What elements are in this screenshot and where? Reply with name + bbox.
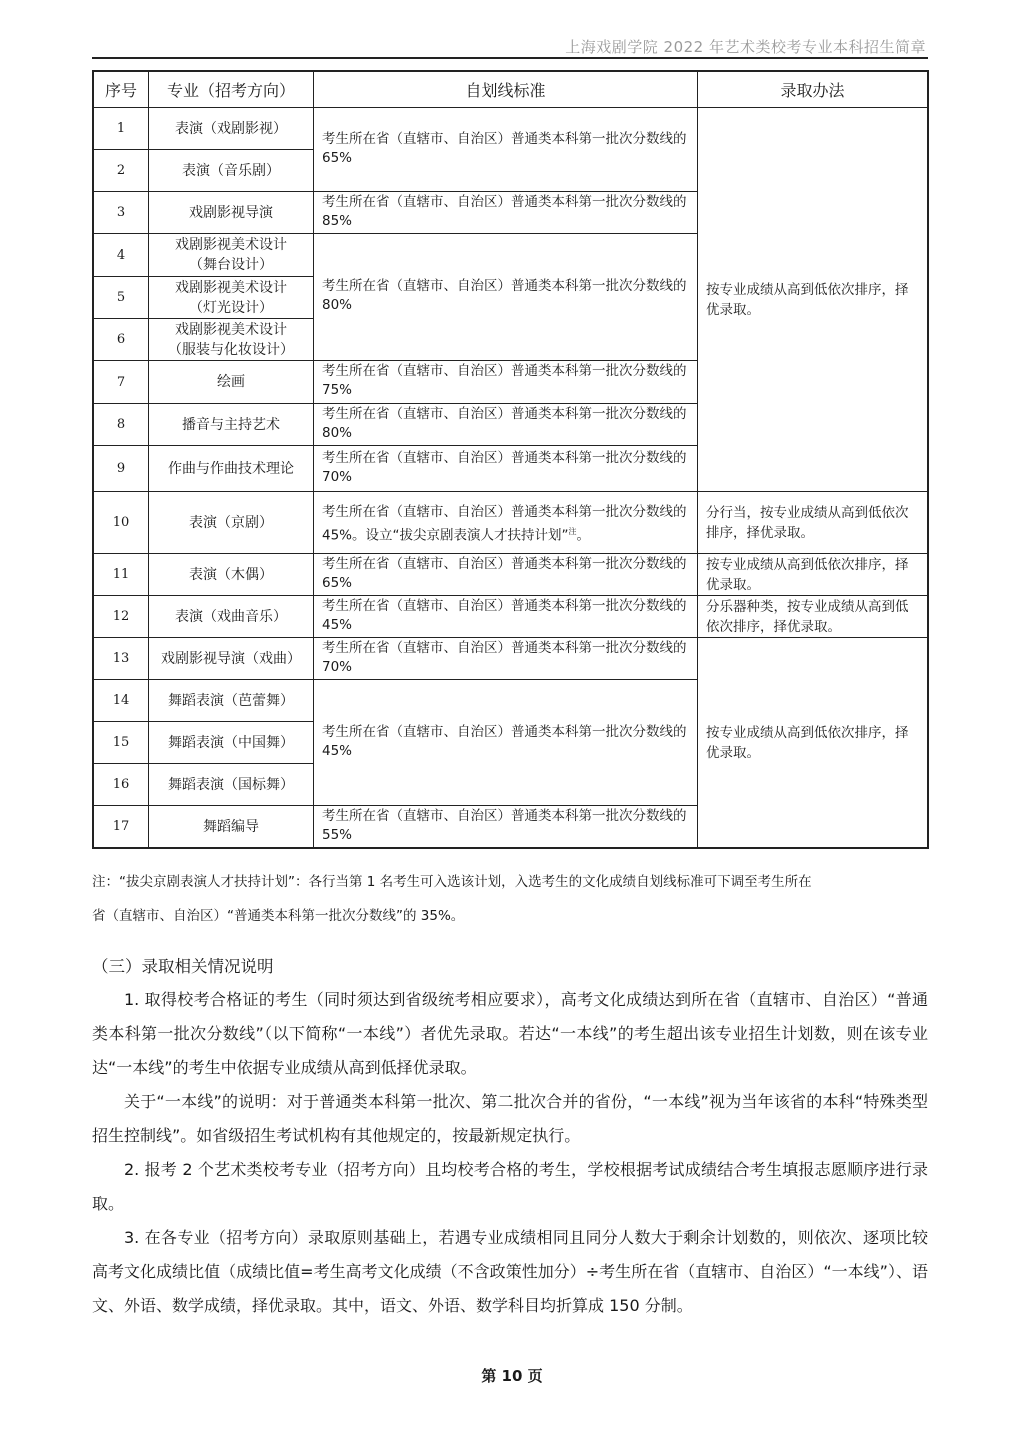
row-no: 4	[92, 233, 149, 277]
row-major: 播音与主持艺术	[148, 403, 314, 446]
row-no: 8	[92, 403, 149, 446]
header-divider	[92, 57, 928, 59]
row-standard: 考生所在省（直辖市、自治区）普通类本科第一批次分数线的 55%	[313, 805, 698, 849]
row-major: 表演（木偶）	[148, 553, 314, 596]
row-no: 2	[92, 149, 149, 192]
row-major: 作曲与作曲技术理论	[148, 445, 314, 492]
major-line-1: 戏剧影视美术设计	[175, 278, 287, 298]
column-header-standard: 自划线标准	[313, 70, 698, 108]
column-header-major: 专业（招考方向）	[148, 70, 314, 108]
row-admission: 按专业成绩从高到低依次排序，择优录取。	[697, 553, 929, 596]
row-no: 14	[92, 679, 149, 722]
row-no: 3	[92, 191, 149, 234]
row-standard: 考生所在省（直辖市、自治区）普通类本科第一批次分数线的 75%	[313, 360, 698, 404]
row-major: 戏剧影视美术设计 （舞台设计）	[148, 233, 314, 277]
row-major: 舞蹈表演（中国舞）	[148, 721, 314, 764]
row-no: 15	[92, 721, 149, 764]
paragraph-2: 2. 报考 2 个艺术类校考专业（招考方向）且均校考合格的考生，学校根据考试成绩…	[92, 1153, 928, 1221]
row-no: 6	[92, 318, 149, 361]
row-standard: 考生所在省（直辖市、自治区）普通类本科第一批次分数线的 65%	[313, 553, 698, 596]
row-major: 表演（戏曲音乐）	[148, 595, 314, 638]
paragraph-1: 1. 取得校考合格证的考生（同时须达到省级统考相应要求），高考文化成绩达到所在省…	[92, 983, 928, 1085]
row-major: 舞蹈编导	[148, 805, 314, 849]
major-line-1: 戏剧影视美术设计	[175, 320, 287, 340]
row-major: 表演（戏剧影视）	[148, 107, 314, 150]
row-major: 戏剧影视美术设计 （服装与化妆设计）	[148, 318, 314, 361]
row-no: 12	[92, 595, 149, 638]
major-line-1: 戏剧影视美术设计	[175, 235, 287, 255]
major-line-2: （服装与化妆设计）	[168, 340, 294, 360]
row-standard: 考生所在省（直辖市、自治区）普通类本科第一批次分数线的 80%	[313, 403, 698, 446]
row-standard: 考生所在省（直辖市、自治区）普通类本科第一批次分数线的 85%	[313, 191, 698, 234]
row-no: 11	[92, 553, 149, 596]
row-standard: 考生所在省（直辖市、自治区）普通类本科第一批次分数线的 70%	[313, 445, 698, 492]
row-no: 17	[92, 805, 149, 849]
row-standard: 考生所在省（直辖市、自治区）普通类本科第一批次分数线的 65%	[313, 107, 698, 192]
row-admission: 按专业成绩从高到低依次排序，择优录取。	[697, 107, 929, 492]
row-standard: 考生所在省（直辖市、自治区）普通类本科第一批次分数线的 45%	[313, 595, 698, 638]
row-major: 戏剧影视导演（戏曲）	[148, 637, 314, 680]
major-line-2: （舞台设计）	[189, 255, 273, 275]
row-standard: 考生所在省（直辖市、自治区）普通类本科第一批次分数线的 70%	[313, 637, 698, 680]
major-line-2: （灯光设计）	[189, 298, 273, 318]
row-standard: 考生所在省（直辖市、自治区）普通类本科第一批次分数线的 45%。设立“拔尖京剧表…	[313, 491, 698, 554]
row-standard: 考生所在省（直辖市、自治区）普通类本科第一批次分数线的 45%	[313, 679, 698, 806]
row-major: 绘画	[148, 360, 314, 404]
standard-text: 考生所在省（直辖市、自治区）普通类本科第一批次分数线的 45%。设立“拔尖京剧表…	[322, 504, 687, 544]
row-admission: 分乐器种类，按专业成绩从高到低依次排序，择优录取。	[697, 595, 929, 638]
column-header-no: 序号	[92, 70, 149, 108]
row-no: 9	[92, 445, 149, 492]
row-no: 13	[92, 637, 149, 680]
row-major: 舞蹈表演（芭蕾舞）	[148, 679, 314, 722]
row-major: 舞蹈表演（国标舞）	[148, 763, 314, 806]
note-line-1: 注：“拔尖京剧表演人才扶持计划”：各行当第 1 名考生可入选该计划，入选考生的文…	[92, 865, 932, 899]
row-no: 5	[92, 276, 149, 319]
row-major: 戏剧影视美术设计 （灯光设计）	[148, 276, 314, 319]
page-number: 第 10 页	[0, 1365, 1024, 1386]
row-major: 戏剧影视导演	[148, 191, 314, 234]
row-major: 表演（京剧）	[148, 491, 314, 554]
standard-text-end: 。	[577, 528, 591, 544]
paragraph-3: 3. 在各专业（招考方向）录取原则基础上，若遇专业成绩相同且同分人数大于剩余计划…	[92, 1221, 928, 1323]
footnote-marker: 注	[569, 527, 577, 536]
paragraph-yibenxian-note: 关于“一本线”的说明：对于普通类本科第一批次、第二批次合并的省份，“一本线”视为…	[92, 1085, 928, 1153]
row-major: 表演（音乐剧）	[148, 149, 314, 192]
note-line-2: 省（直辖市、自治区）“普通类本科第一批次分数线”的 35%。	[92, 899, 932, 933]
row-no: 16	[92, 763, 149, 806]
row-standard: 考生所在省（直辖市、自治区）普通类本科第一批次分数线的 80%	[313, 233, 698, 361]
header-title: 上海戏剧学院 2022 年艺术类校考专业本科招生简章	[565, 36, 926, 57]
row-admission: 按专业成绩从高到低依次排序，择优录取。	[697, 637, 929, 849]
row-no: 1	[92, 107, 149, 150]
row-no: 7	[92, 360, 149, 404]
row-no: 10	[92, 491, 149, 554]
column-header-admission: 录取办法	[697, 70, 929, 108]
row-admission: 分行当，按专业成绩从高到低依次排序，择优录取。	[697, 491, 929, 554]
section-title: （三）录取相关情况说明	[92, 953, 274, 977]
